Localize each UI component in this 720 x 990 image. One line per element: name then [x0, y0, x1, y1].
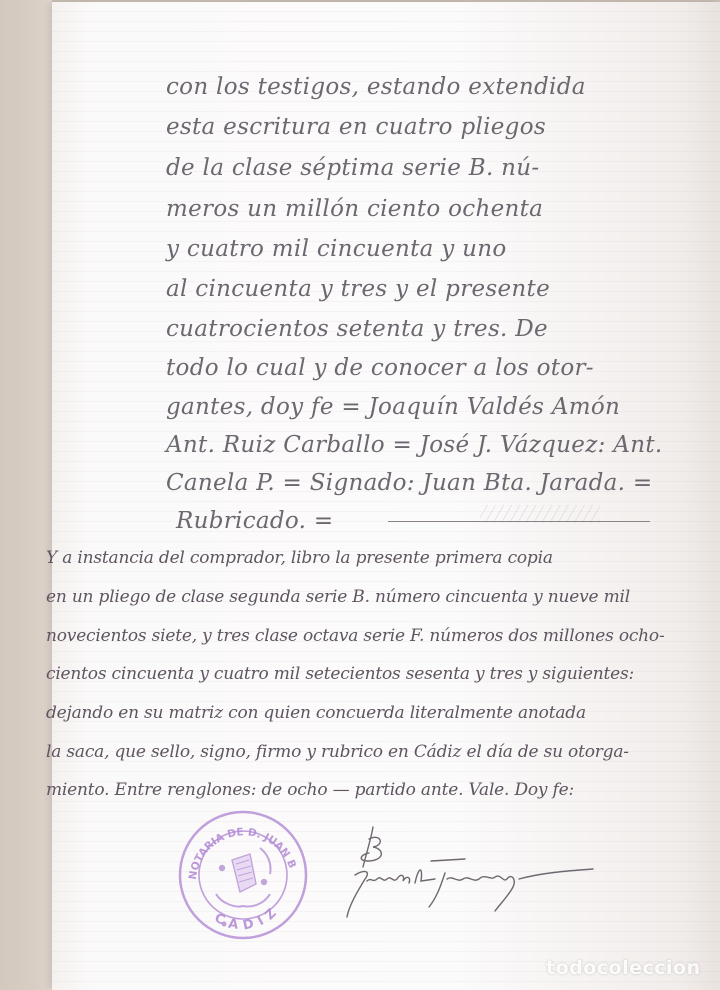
handwritten-line: Canela P. = Signado: Juan Bta. Jarada. = — [166, 470, 652, 496]
todocoleccion-watermark: todocoleccion — [546, 957, 701, 979]
handwritten-line: miento. Entre renglones: de ocho — parti… — [46, 780, 574, 800]
handwritten-line: con los testigos, estando extendida — [166, 74, 586, 100]
handwritten-line: al cincuenta y tres y el presente — [166, 276, 550, 302]
handwritten-line: todo lo cual y de conocer a los otor- — [166, 355, 594, 381]
notary-stamp: NOTARIA DE D. JUAN BTA. JARADA CADIZ — [176, 808, 310, 942]
handwritten-line: Ant. Ruiz Carballo = José J. Vázquez: An… — [166, 432, 662, 458]
background-strip — [0, 0, 52, 990]
handwritten-line: y cuatro mil cincuenta y uno — [166, 236, 507, 262]
notary-seal-icon: NOTARIA DE D. JUAN BTA. JARADA CADIZ — [176, 808, 310, 942]
handwritten-line: Y a instancia del comprador, libro la pr… — [46, 548, 553, 568]
handwritten-line: de la clase séptima serie B. nú- — [166, 155, 539, 181]
signature-icon — [345, 825, 595, 920]
handwritten-line: esta escritura en cuatro pliegos — [166, 114, 546, 140]
handwritten-line: cientos cincuenta y cuatro mil setecient… — [46, 664, 634, 684]
handwritten-line: cuatrocientos setenta y tres. De — [166, 316, 548, 342]
handwritten-line: meros un millón ciento ochenta — [166, 196, 543, 222]
notary-signature — [345, 825, 595, 920]
handwritten-line: novecientos siete, y tres clase octava s… — [46, 626, 665, 646]
handwritten-line: gantes, doy fe = Joaquín Valdés Amón — [166, 394, 620, 420]
handwritten-line: Rubricado. = — [176, 508, 333, 534]
closing-rule-line — [388, 521, 650, 522]
handwritten-line: la saca, que sello, signo, firmo y rubri… — [46, 742, 629, 762]
handwritten-line: dejando en su matriz con quien concuerda… — [46, 703, 586, 723]
handwritten-line: en un pliego de clase segunda serie B. n… — [46, 587, 630, 607]
